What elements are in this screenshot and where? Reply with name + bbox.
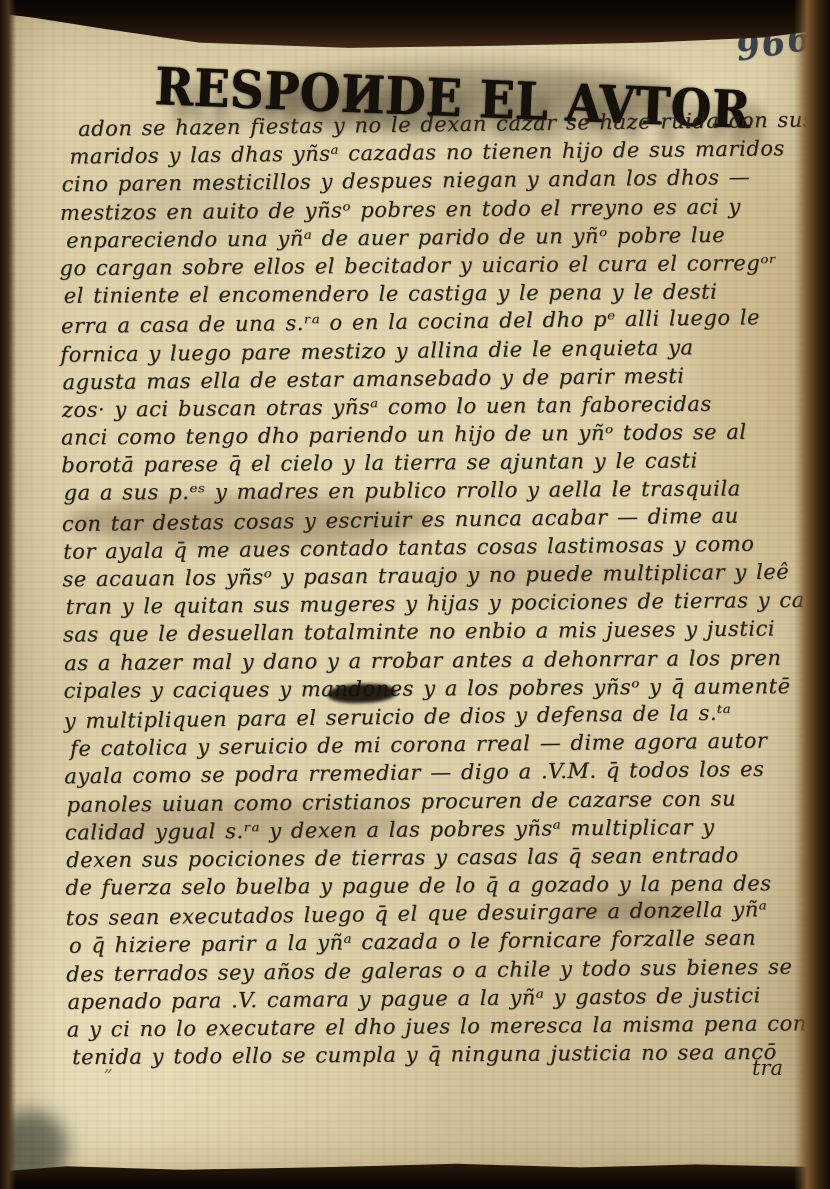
book-edge-left	[0, 0, 16, 1189]
manuscript-page: 966 984 RESPOИDE EL AVTOR RESPOИDE EL AV…	[8, 10, 810, 1178]
manuscript-line: tenida y todo ello se cumpla y q̄ ningun…	[67, 1040, 803, 1074]
manuscript-text-block: adon se hazen fiestas y no le dexan caza…	[58, 109, 803, 1074]
catchword: tra	[752, 1056, 783, 1080]
margin-mark: „	[104, 1056, 113, 1076]
manuscript-scan: 966 984 RESPOИDE EL AVTOR RESPOИDE EL AV…	[0, 0, 830, 1189]
book-edge-right	[794, 0, 830, 1189]
